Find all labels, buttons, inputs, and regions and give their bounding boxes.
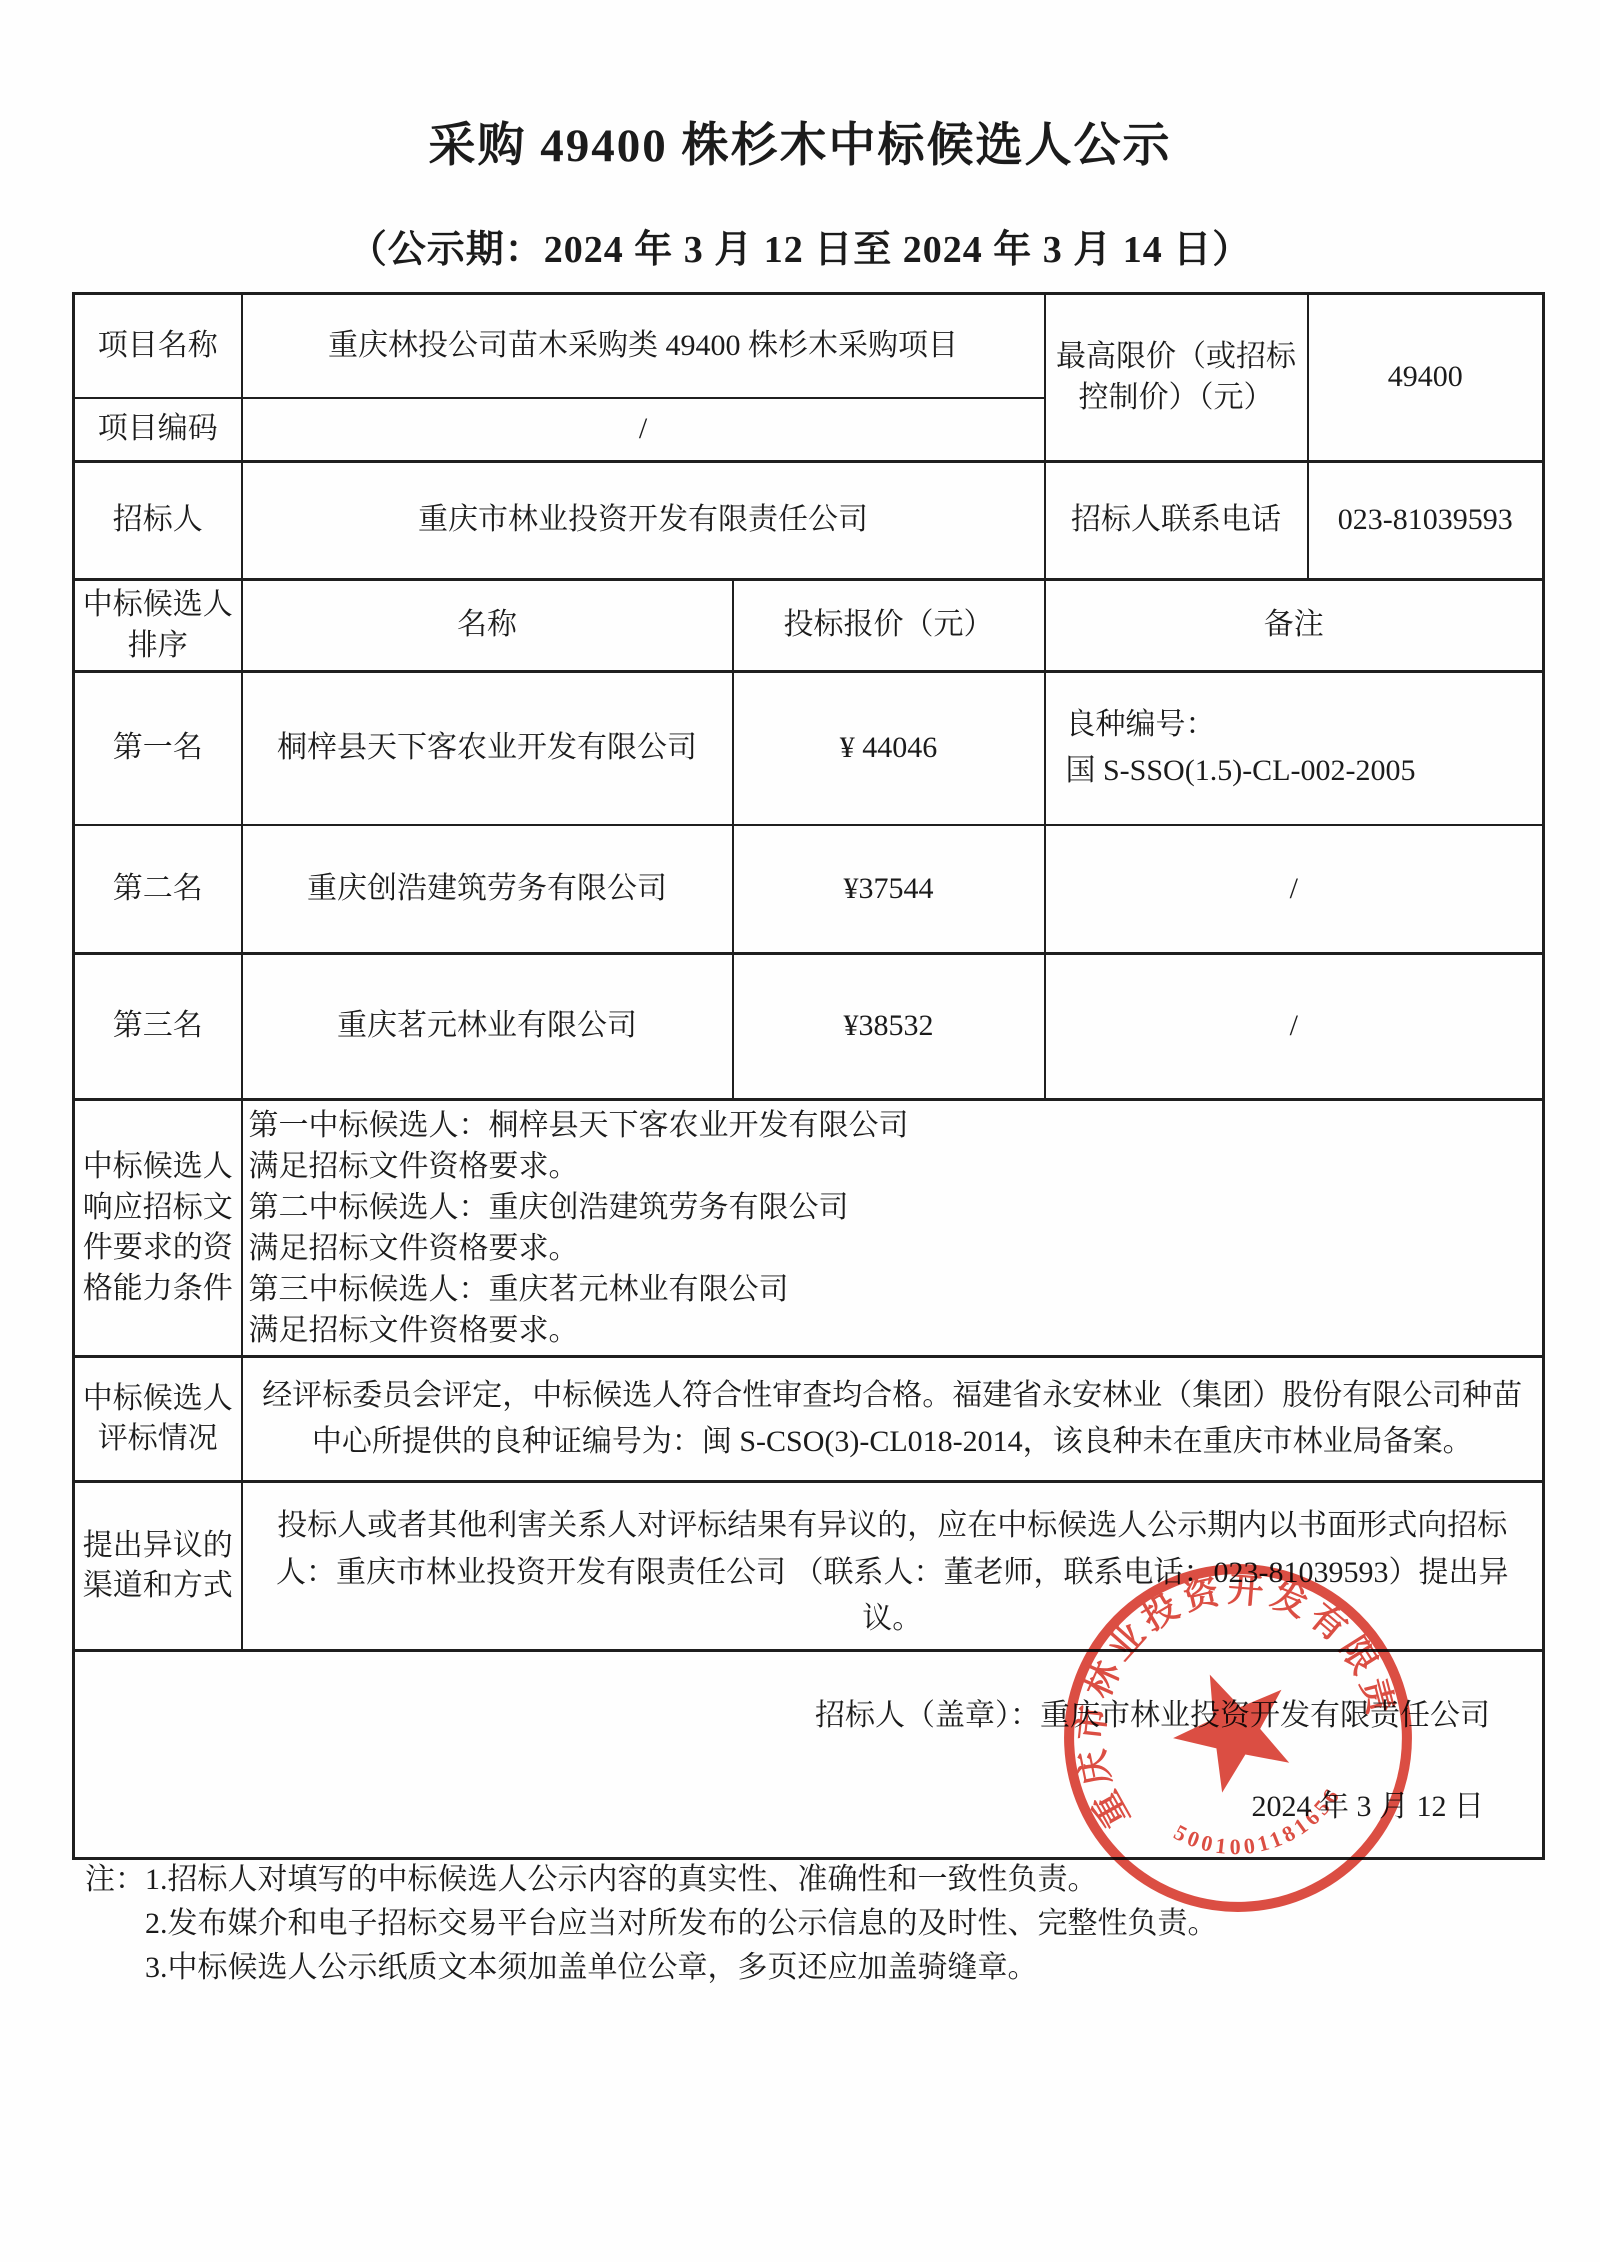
candidate-3-remark: / (1045, 954, 1544, 1100)
candidate-3-rank: 第三名 (74, 954, 242, 1100)
candidate-3-price: ¥38532 (733, 954, 1045, 1100)
seed-code-value: 国 S-SSO(1.5)-CL-002-2005 (1066, 748, 1537, 795)
candidate-2-price: ¥37544 (733, 825, 1045, 954)
evaluation-content: 经评标委员会评定，中标候选人符合性审查均合格。福建省永安林业（集团）股份有限公司… (242, 1357, 1544, 1482)
candidate-1-price: ¥ 44046 (733, 672, 1045, 825)
evaluation-row: 中标候选人评标情况 经评标委员会评定，中标候选人符合性审查均合格。福建省永安林业… (74, 1357, 1544, 1482)
candidate-3-name: 重庆茗元林业有限公司 (242, 954, 733, 1100)
note-item-3: 3.中标候选人公示纸质文本须加盖单位公章，多页还应加盖骑缝章。 (145, 1946, 1218, 1990)
objection-label: 提出异议的渠道和方式 (74, 1482, 242, 1651)
qualification-label: 中标候选人响应招标文件要求的资格能力条件 (74, 1100, 242, 1357)
qualification-row: 中标候选人响应招标文件要求的资格能力条件 第一中标候选人：桐梓县天下客农业开发有… (74, 1100, 1544, 1357)
note-item-2: 2.发布媒介和电子招标交易平台应当对所发布的公示信息的及时性、完整性负责。 (145, 1902, 1218, 1946)
project-name-label: 项目名称 (74, 294, 242, 398)
candidate-2-name: 重庆创浩建筑劳务有限公司 (242, 825, 733, 954)
tenderer-label: 招标人 (74, 462, 242, 580)
candidate-1-name: 桐梓县天下客农业开发有限公司 (242, 672, 733, 825)
name-column-header: 名称 (242, 580, 733, 672)
candidate-row-3: 第三名 重庆茗元林业有限公司 ¥38532 / (74, 954, 1544, 1100)
footer-notes: 注： 1.招标人对填写的中标候选人公示内容的真实性、准确性和一致性负责。 2.发… (85, 1858, 1218, 1990)
max-price-value: 49400 (1308, 294, 1544, 462)
qualification-line: 第二中标候选人：重庆创浩建筑劳务有限公司 (249, 1187, 1537, 1228)
qualification-line: 满足招标文件资格要求。 (249, 1310, 1537, 1351)
candidate-row-2: 第二名 重庆创浩建筑劳务有限公司 ¥37544 / (74, 825, 1544, 954)
project-code-value: / (242, 398, 1045, 462)
tenderer-phone-label: 招标人联系电话 (1045, 462, 1308, 580)
page-subtitle: （公示期：2024 年 3 月 12 日至 2024 年 3 月 14 日） (0, 218, 1600, 273)
qualification-line: 第一中标候选人：桐梓县天下客农业开发有限公司 (249, 1105, 1537, 1146)
tenderer-phone-value: 023-81039593 (1308, 462, 1544, 580)
notes-list: 1.招标人对填写的中标候选人公示内容的真实性、准确性和一致性负责。 2.发布媒介… (145, 1858, 1218, 1990)
remark-column-header: 备注 (1045, 580, 1544, 672)
seed-code-label: 良种编号： (1066, 702, 1537, 749)
qualification-line: 满足招标文件资格要求。 (249, 1228, 1537, 1269)
candidate-2-rank: 第二名 (74, 825, 242, 954)
project-code-label: 项目编码 (74, 398, 242, 462)
candidate-1-remark: 良种编号： 国 S-SSO(1.5)-CL-002-2005 (1045, 672, 1544, 825)
table-row: 项目名称 重庆林投公司苗木采购类 49400 株杉木采购项目 最高限价（或招标控… (74, 294, 1544, 398)
max-price-label: 最高限价（或招标控制价）（元） (1045, 294, 1308, 462)
candidate-2-remark: / (1045, 825, 1544, 954)
price-column-header: 投标报价（元） (733, 580, 1045, 672)
qualification-line: 满足招标文件资格要求。 (249, 1146, 1537, 1187)
note-item-1: 1.招标人对填写的中标候选人公示内容的真实性、准确性和一致性负责。 (145, 1858, 1218, 1902)
document-page: 采购 49400 株杉木中标候选人公示 （公示期：2024 年 3 月 12 日… (0, 0, 1600, 2262)
table-row: 招标人 重庆市林业投资开发有限责任公司 招标人联系电话 023-81039593 (74, 462, 1544, 580)
evaluation-label: 中标候选人评标情况 (74, 1357, 242, 1482)
candidate-row-1: 第一名 桐梓县天下客农业开发有限公司 ¥ 44046 良种编号： 国 S-SSO… (74, 672, 1544, 825)
candidate-1-rank: 第一名 (74, 672, 242, 825)
candidates-header-row: 中标候选人排序 名称 投标报价（元） 备注 (74, 580, 1544, 672)
qualification-content: 第一中标候选人：桐梓县天下客农业开发有限公司 满足招标文件资格要求。 第二中标候… (242, 1100, 1544, 1357)
seal-star-icon (1156, 1650, 1310, 1801)
tenderer-value: 重庆市林业投资开发有限责任公司 (242, 462, 1045, 580)
qualification-line: 第三中标候选人：重庆茗元林业有限公司 (249, 1269, 1537, 1310)
project-name-value: 重庆林投公司苗木采购类 49400 株杉木采购项目 (242, 294, 1045, 398)
page-title: 采购 49400 株杉木中标候选人公示 (0, 108, 1600, 175)
notes-prefix: 注： (85, 1858, 145, 1990)
rank-column-header: 中标候选人排序 (74, 580, 242, 672)
